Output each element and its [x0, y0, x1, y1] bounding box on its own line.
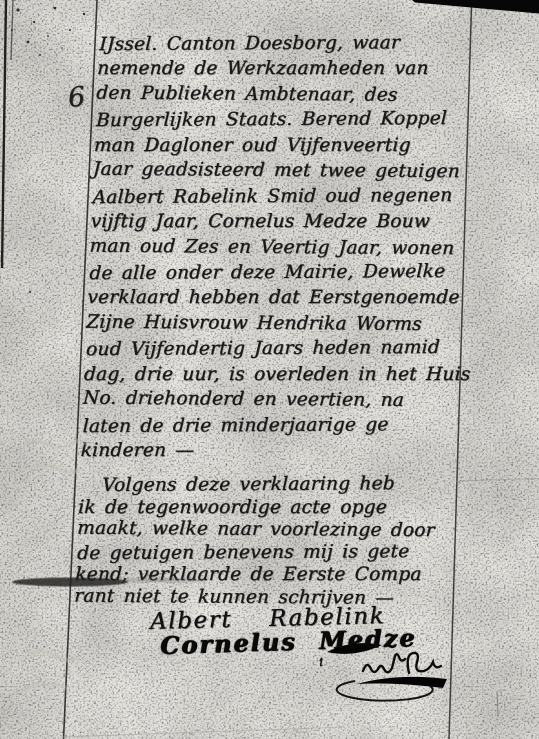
handwritten-line: verklaard hebben dat Eerstgenoemde [87, 285, 473, 310]
margin-act-number: 6 [66, 81, 86, 114]
handwritten-line: Jaar geadsisteerd met twee getuigen [92, 157, 478, 185]
handwritten-line: maakt, welke naar voorlezinge door [77, 518, 463, 543]
handwritten-line: oud Vijfendertig Jaars heden namid [86, 335, 472, 363]
handwritten-line: Volgens deze verklaaring heb [80, 473, 466, 498]
handwritten-line: Zijne Huisvrouw Hendrika Worms [86, 309, 472, 337]
handwritten-line: de alle onder deze Mairie, Dewelke [89, 259, 475, 287]
handwritten-line: Burgerlijken Staats. Berend Koppel [96, 106, 482, 134]
act-paragraph-1: IJssel. Canton Doesborg, waar nemende de… [80, 31, 484, 463]
handwritten-line: kinderen — [80, 438, 466, 463]
handwritten-line: laten de drie minderjaarige ge [82, 411, 468, 439]
handwritten-line: den Publieken Ambtenaar, des [96, 81, 482, 109]
handwritten-text: IJssel. Canton Doesborg, waar nemende de… [74, 31, 484, 609]
handwritten-line: kend; verklaarde de Eerste Compa [75, 564, 461, 587]
handwritten-line: No. driehonderd en veertien, na [82, 386, 468, 414]
handwritten-line: ik de tegenwoordige acte opge [78, 497, 464, 520]
scanned-record-page: 6 IJssel. Canton Doesborg, waar nemende … [0, 0, 539, 739]
handwritten-line: nemende de Werkzaamheden van [97, 56, 483, 81]
handwritten-line: Aalbert Rabelink Smid oud negenen [92, 182, 478, 210]
act-paragraph-2: Volgens deze verklaaring heb ik de tegen… [74, 474, 465, 609]
handwritten-line: vijftig Jaar, Cornelus Medze Bouw [90, 209, 476, 234]
handwritten-line: man oud Zes en Veertig Jaar, wonen [89, 233, 475, 261]
handwritten-line: de getuigen benevens mij is gete [77, 541, 463, 566]
handwritten-line: dag, drie uur, is overleden in het Huis [83, 362, 469, 387]
handwritten-line: man Dagloner oud Vijfenveertig [93, 133, 479, 158]
handwritten-line: IJssel. Canton Doesborg, waar [99, 30, 485, 58]
